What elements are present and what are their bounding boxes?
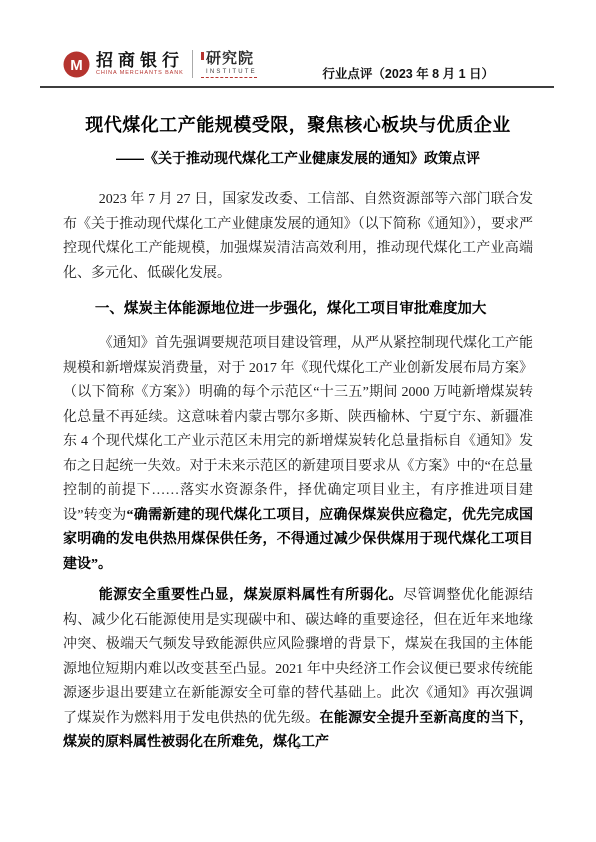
document-title: 现代煤化工产能规模受限，聚焦核心板块与优质企业 xyxy=(40,111,556,137)
paragraph-bold-text: “确需新建的现代煤化工项目，应确保煤炭供应稳定，优先完成国家明确的发电供热用煤保… xyxy=(63,508,533,572)
paragraph-text: 《通知》首先强调要规范项目建设管理，从严从紧控制现代煤化工产能规模和新增煤炭消费… xyxy=(63,336,533,523)
intro-paragraph: 2023 年 7 月 27 日，国家发改委、工信部、自然资源部等六部门联合发布《… xyxy=(63,188,533,286)
cmb-logo: M 招商银行 CHINA MERCHANTS BANK 研究院 INSTITUT… xyxy=(63,50,257,78)
institute-name-text: 研究院 xyxy=(206,50,254,67)
paragraph-text: 尽管调整优化能源结构、减少化石能源使用是实现碳中和、碳达峰的重要途径，但在近年来… xyxy=(63,588,533,726)
document-subtitle: ——《关于推动现代煤化工产业健康发展的通知》政策点评 xyxy=(40,148,556,168)
svg-text:M: M xyxy=(70,57,83,74)
header-divider-rule xyxy=(40,86,554,88)
report-type-date: 行业点评（2023 年 8 月 1 日） xyxy=(322,64,494,82)
section-1-paragraph-1: 《通知》首先强调要规范项目建设管理，从严从紧控制现代煤化工产能规模和新增煤炭消费… xyxy=(63,332,533,577)
document-body: 2023 年 7 月 27 日，国家发改委、工信部、自然资源部等六部门联合发布《… xyxy=(63,188,533,756)
cmb-emblem-icon: M xyxy=(63,51,90,78)
section-1-heading: 一、煤炭主体能源地位进一步强化，煤化工项目审批难度加大 xyxy=(63,297,533,321)
document-page: M 招商银行 CHINA MERCHANTS BANK 研究院 INSTITUT… xyxy=(0,0,596,842)
section-1-paragraph-2: 能源安全重要性凸显，煤炭原料属性有所弱化。尽管调整优化能源结构、减少化石能源使用… xyxy=(63,584,533,756)
bank-name-en: CHINA MERCHANTS BANK xyxy=(96,70,184,77)
bank-name-block: 招商银行 CHINA MERCHANTS BANK xyxy=(96,52,184,77)
institute-red-accent xyxy=(201,52,204,60)
institute-name-en: INSTITUTE xyxy=(201,68,257,78)
logo-divider xyxy=(192,50,193,78)
institute-block: 研究院 INSTITUTE xyxy=(201,51,257,78)
bank-name: 招商银行 xyxy=(96,52,184,70)
page-header: M 招商银行 CHINA MERCHANTS BANK 研究院 INSTITUT… xyxy=(63,44,556,84)
institute-name: 研究院 xyxy=(201,51,257,67)
paragraph-bold-lead: 能源安全重要性凸显，煤炭原料属性有所弱化。 xyxy=(99,588,403,603)
page-number: 1 xyxy=(0,740,596,752)
